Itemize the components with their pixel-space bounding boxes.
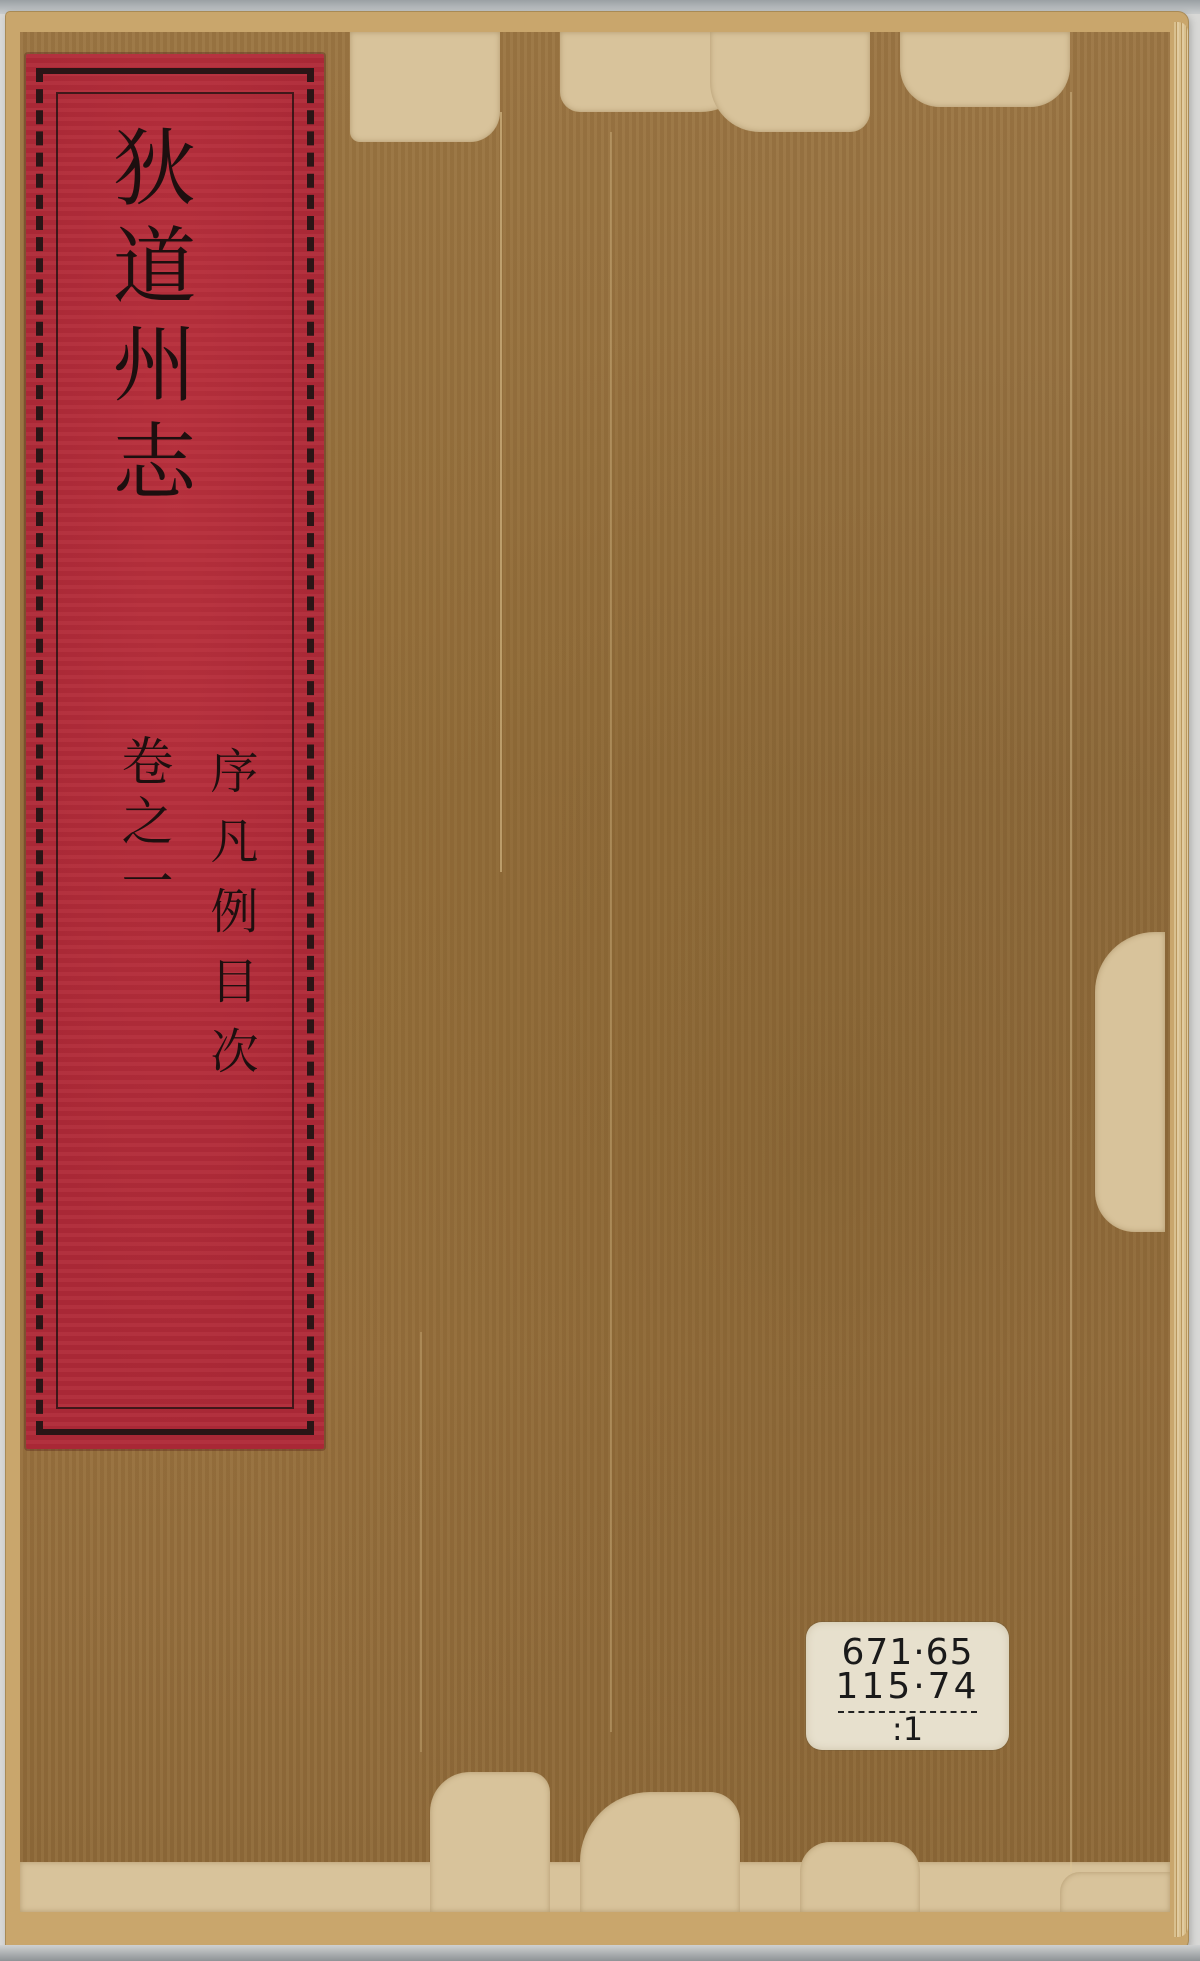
crease: [500, 112, 502, 872]
torn-area: [800, 1842, 920, 1912]
volume-number: 卷之一: [112, 734, 172, 914]
torn-area: [430, 1772, 550, 1912]
torn-area: [1095, 932, 1165, 1232]
title-slip: 狄道州志 卷之一 序凡例目次: [26, 54, 324, 1449]
scan-backdrop-bottom: [0, 1945, 1200, 1961]
book: 狄道州志 卷之一 序凡例目次 671·65 115·74 :1: [6, 12, 1188, 1950]
torn-area: [350, 32, 500, 142]
torn-area: [1060, 1872, 1170, 1912]
call-number-item: 115·74: [806, 1668, 1009, 1706]
book-title: 狄道州志: [104, 124, 214, 516]
page-edges: [1174, 22, 1188, 1937]
torn-area: [710, 32, 870, 132]
crease: [610, 132, 612, 1732]
call-number-volume: :1: [806, 1712, 1009, 1746]
volume-contents: 序凡例目次: [202, 746, 258, 1096]
torn-area: [900, 32, 1070, 107]
crease: [420, 1332, 422, 1752]
call-number-label: 671·65 115·74 :1: [806, 1622, 1009, 1750]
torn-area: [580, 1792, 740, 1912]
crease: [1070, 92, 1072, 1872]
